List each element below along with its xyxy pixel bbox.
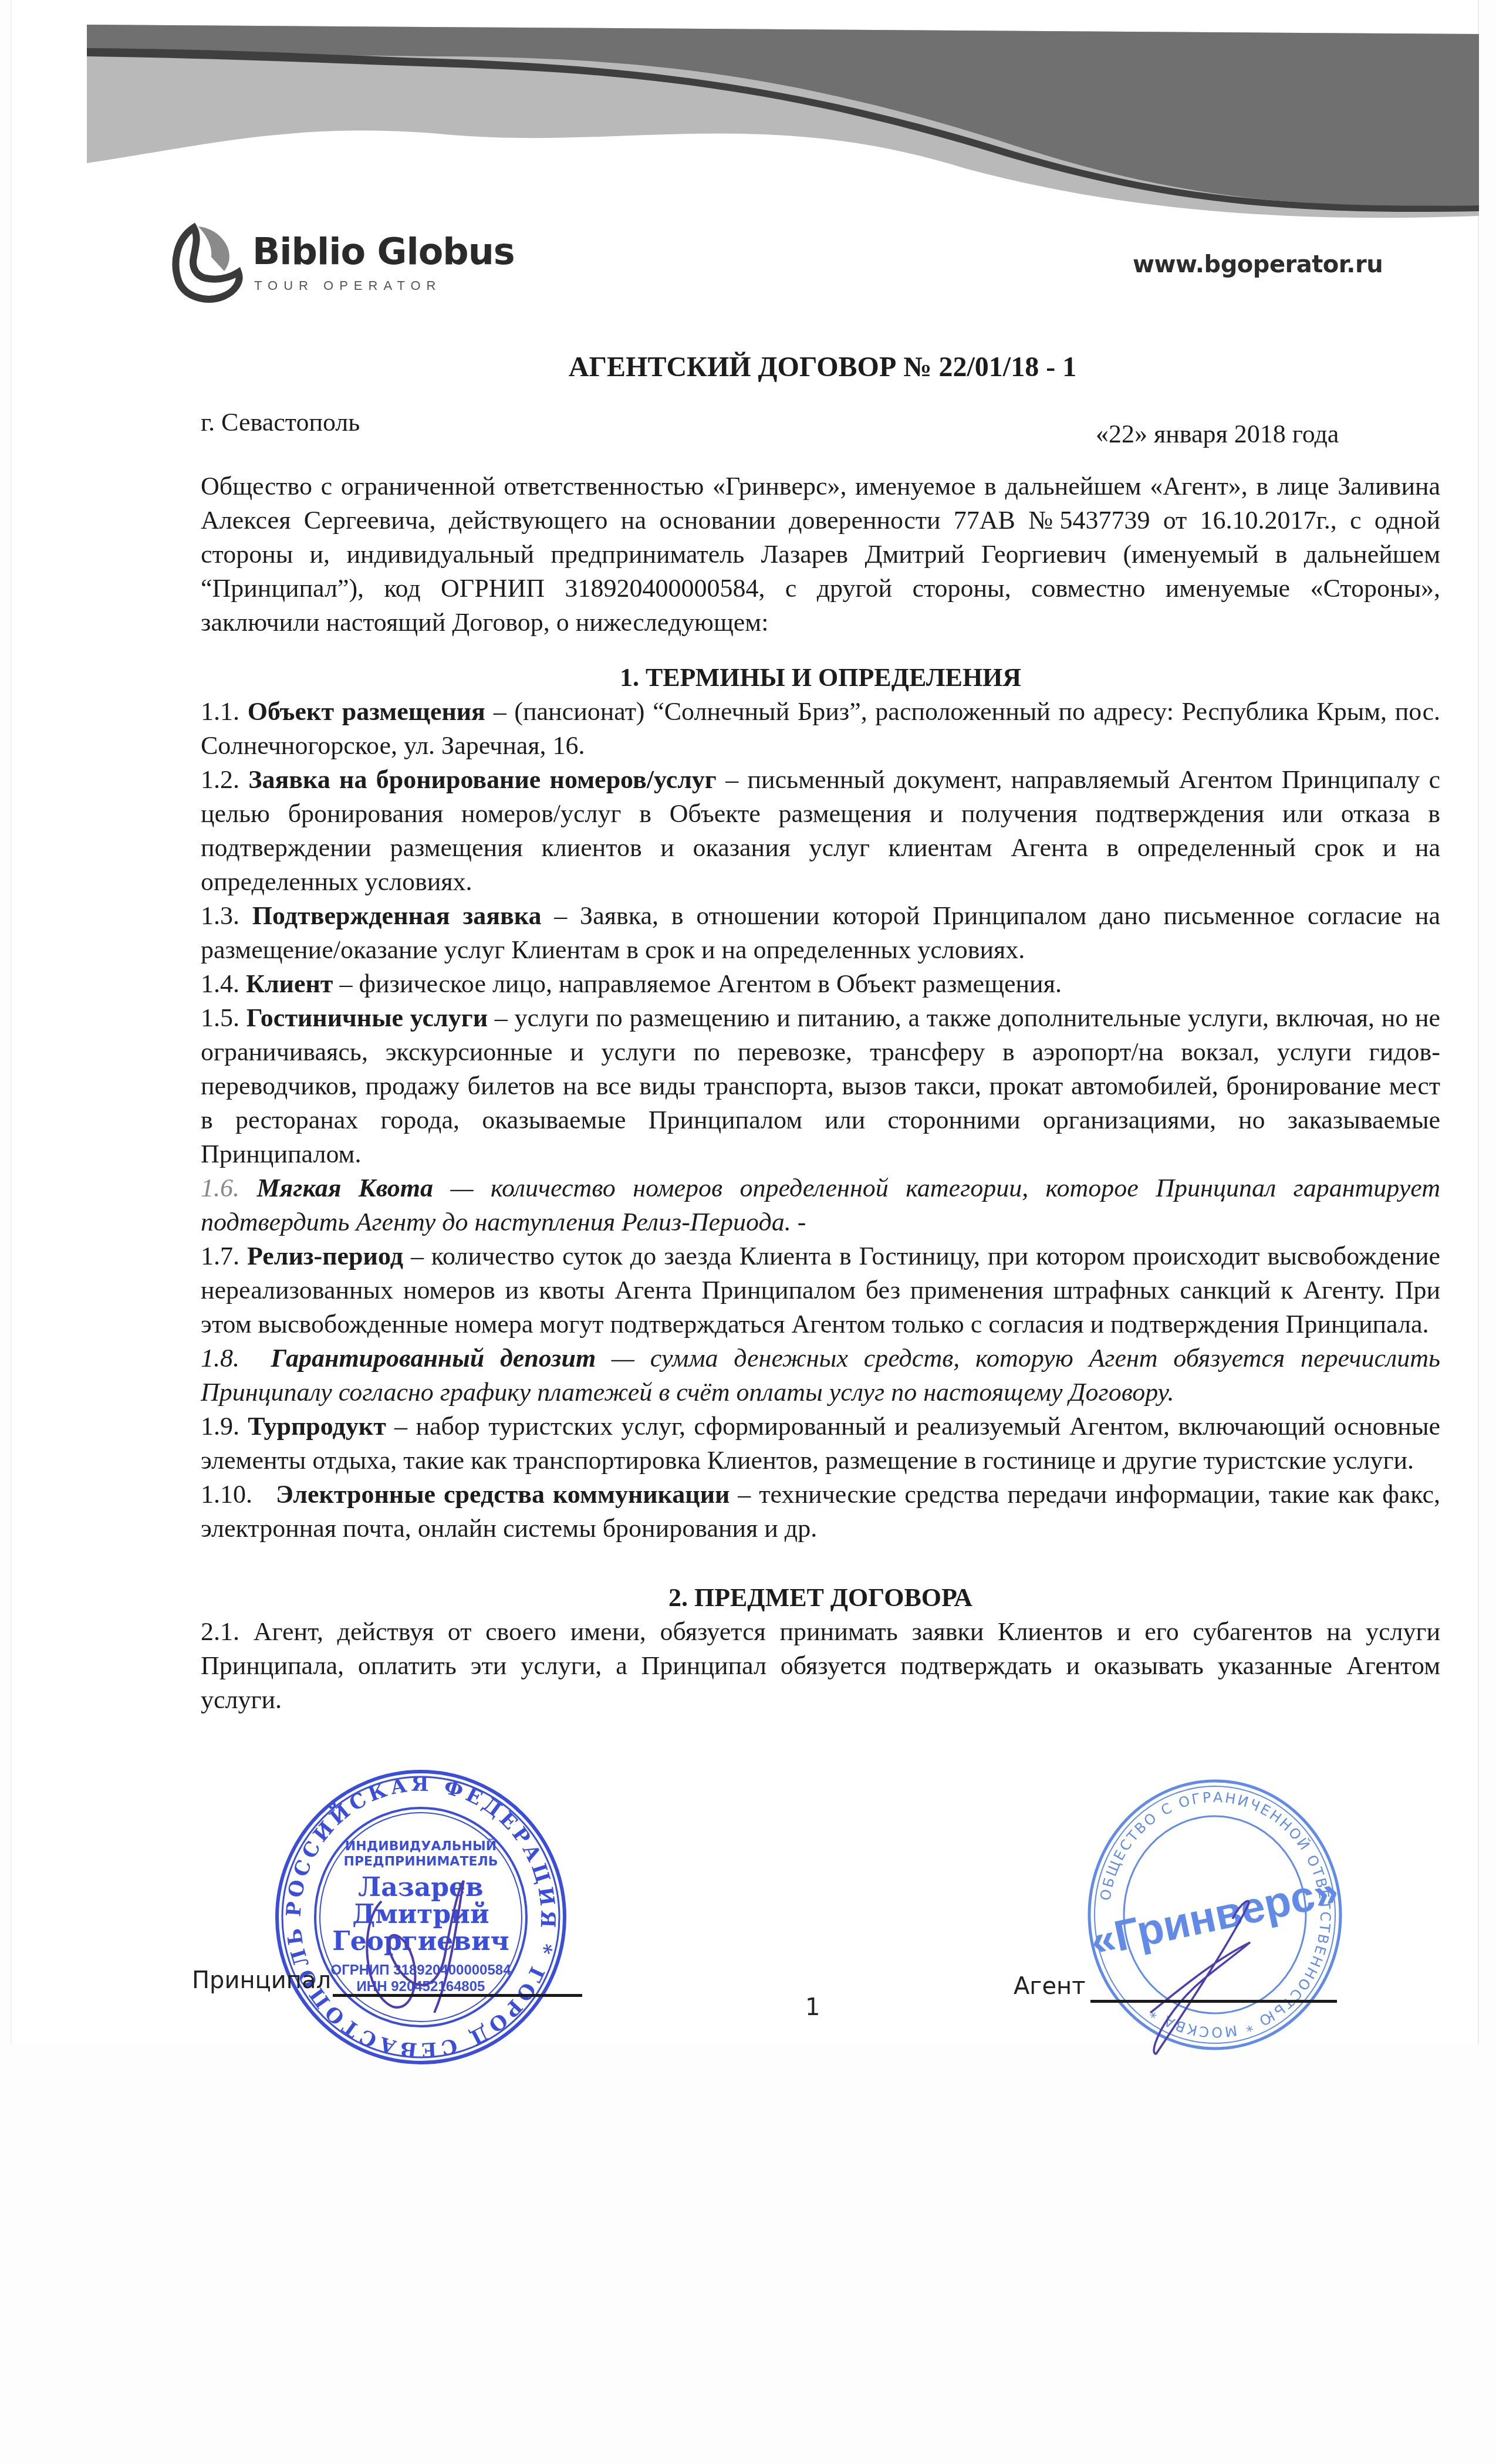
intro-paragraph: Общество с ограниченной ответственностью… <box>201 469 1440 640</box>
page-number: 1 <box>805 1994 820 2021</box>
svg-text:ОГРНИП 318920400000584: ОГРНИП 318920400000584 <box>331 1962 512 1978</box>
term-item: 1.10.Электронные средства коммуникации –… <box>201 1478 1440 1546</box>
term-number: 1.2. <box>201 765 239 794</box>
term-item: 1.5. Гостиничные услуги – услуги по разм… <box>201 1001 1440 1171</box>
principal-stamp-seal-icon: РОССИЙСКАЯ ФЕДЕРАЦИЯ * ГОРОД СЕВАСТОПОЛЬ… <box>273 1769 569 2066</box>
svg-text:ИНДИВИДУАЛЬНЫЙ: ИНДИВИДУАЛЬНЫЙ <box>345 1838 497 1854</box>
svg-text:Дмитрий: Дмитрий <box>352 1899 489 1929</box>
term-number: 1.10. <box>201 1478 276 1512</box>
term-item: 1.2. Заявка на бронирование номеров/услу… <box>201 763 1440 899</box>
section-heading-subject: 2. ПРЕДМЕТ ДОГОВОРА <box>201 1581 1440 1615</box>
document-city: г. Севастополь <box>201 407 360 437</box>
term-name: Электронные средства коммуникации <box>276 1480 730 1509</box>
biblio-globus-logo: Biblio Globus TOUR OPERATOR <box>170 222 499 304</box>
principal-signature-label: Принципал <box>192 1967 331 1994</box>
term-item: 1.7. Релиз-период – количество суток до … <box>201 1239 1440 1341</box>
term-name: Гостиничные услуги <box>246 1003 488 1032</box>
term-name: Релиз-период <box>247 1242 403 1270</box>
term-name: Объект размещения <box>248 697 485 726</box>
term-name: Клиент <box>246 969 333 998</box>
term-number: 1.5. <box>201 1003 239 1032</box>
clause-item: 2.1. Агент, действуя от своего имени, об… <box>201 1615 1440 1717</box>
term-definition: – физическое лицо, направляемое Агентом … <box>333 969 1061 998</box>
agent-stamp: ОБЩЕСТВО С ОГРАНИЧЕННОЙ ОТВЕТСТВЕННОСТЬЮ… <box>1086 1777 1344 2053</box>
scanned-page: Biblio Globus TOUR OPERATOR www.bgoperat… <box>11 0 1479 2044</box>
website-link[interactable]: www.bgoperator.ru <box>1133 251 1383 278</box>
section-heading-terms: 1. ТЕРМИНЫ И ОПРЕДЕЛЕНИЯ <box>201 661 1440 695</box>
principal-stamp: РОССИЙСКАЯ ФЕДЕРАЦИЯ * ГОРОД СЕВАСТОПОЛЬ… <box>273 1769 569 2066</box>
term-number: 1.4. <box>201 969 239 998</box>
term-number: 1.7. <box>201 1242 239 1270</box>
term-definition: – набор туристских услуг, сформированный… <box>201 1412 1440 1475</box>
term-item: 1.4. Клиент – физическое лицо, направляе… <box>201 967 1440 1001</box>
term-item: 1.9. Турпродукт – набор туристских услуг… <box>201 1410 1440 1478</box>
principal-signature-line <box>333 1994 582 1997</box>
svg-text:Георгиевич: Георгиевич <box>332 1926 509 1956</box>
term-item: 1.3. Подтвержденная заявка – Заявка, в о… <box>201 899 1440 967</box>
svg-text:ПРЕДПРИНИМАТЕЛЬ: ПРЕДПРИНИМАТЕЛЬ <box>344 1854 498 1869</box>
term-item: 1.8. Гарантированный депозит — сумма ден… <box>201 1341 1440 1410</box>
term-name: Гарантированный депозит <box>271 1344 596 1373</box>
brand-name: Biblio Globus <box>252 230 515 273</box>
clause-text: Агент, действуя от своего имени, обязует… <box>201 1617 1440 1714</box>
logo-mark-icon <box>170 222 245 304</box>
term-name: Подтвержденная заявка <box>252 901 542 930</box>
svg-text:Лазарев: Лазарев <box>358 1872 483 1902</box>
term-number: 1.9. <box>201 1412 239 1441</box>
term-item: 1.6. Мягкая Квота — количество номеров о… <box>201 1171 1440 1239</box>
clause-number: 2.1. <box>201 1617 239 1646</box>
term-name: Турпродукт <box>248 1412 386 1441</box>
term-number: 1.6. <box>201 1174 239 1202</box>
agent-signature-label: Агент <box>1014 1973 1085 2000</box>
document-body: Общество с ограниченной ответственностью… <box>201 469 1440 1717</box>
term-name: Заявка на бронирование номеров/услуг <box>248 765 717 794</box>
term-name: Мягкая Квота <box>256 1174 433 1202</box>
document-date: «22» января 2018 года <box>1096 419 1339 449</box>
term-number: 1.8. <box>201 1344 239 1373</box>
agent-stamp-seal-icon: ОБЩЕСТВО С ОГРАНИЧЕННОЙ ОТВЕТСТВЕННОСТЬЮ… <box>1086 1777 1344 2053</box>
term-number: 1.3. <box>201 901 239 930</box>
agent-signature-line <box>1090 2000 1337 2003</box>
svg-text:«Гринверс»: «Гринверс» <box>1086 1865 1343 1965</box>
term-number: 1.1. <box>201 697 239 726</box>
svg-text:ИНН 920452164805: ИНН 920452164805 <box>357 1979 485 1995</box>
brand-tagline: TOUR OPERATOR <box>254 278 441 293</box>
document-title: АГЕНТСКИЙ ДОГОВОР № 22/01/18 - 1 <box>1 351 1496 383</box>
term-item: 1.1. Объект размещения – (пансионат) “Со… <box>201 695 1440 763</box>
